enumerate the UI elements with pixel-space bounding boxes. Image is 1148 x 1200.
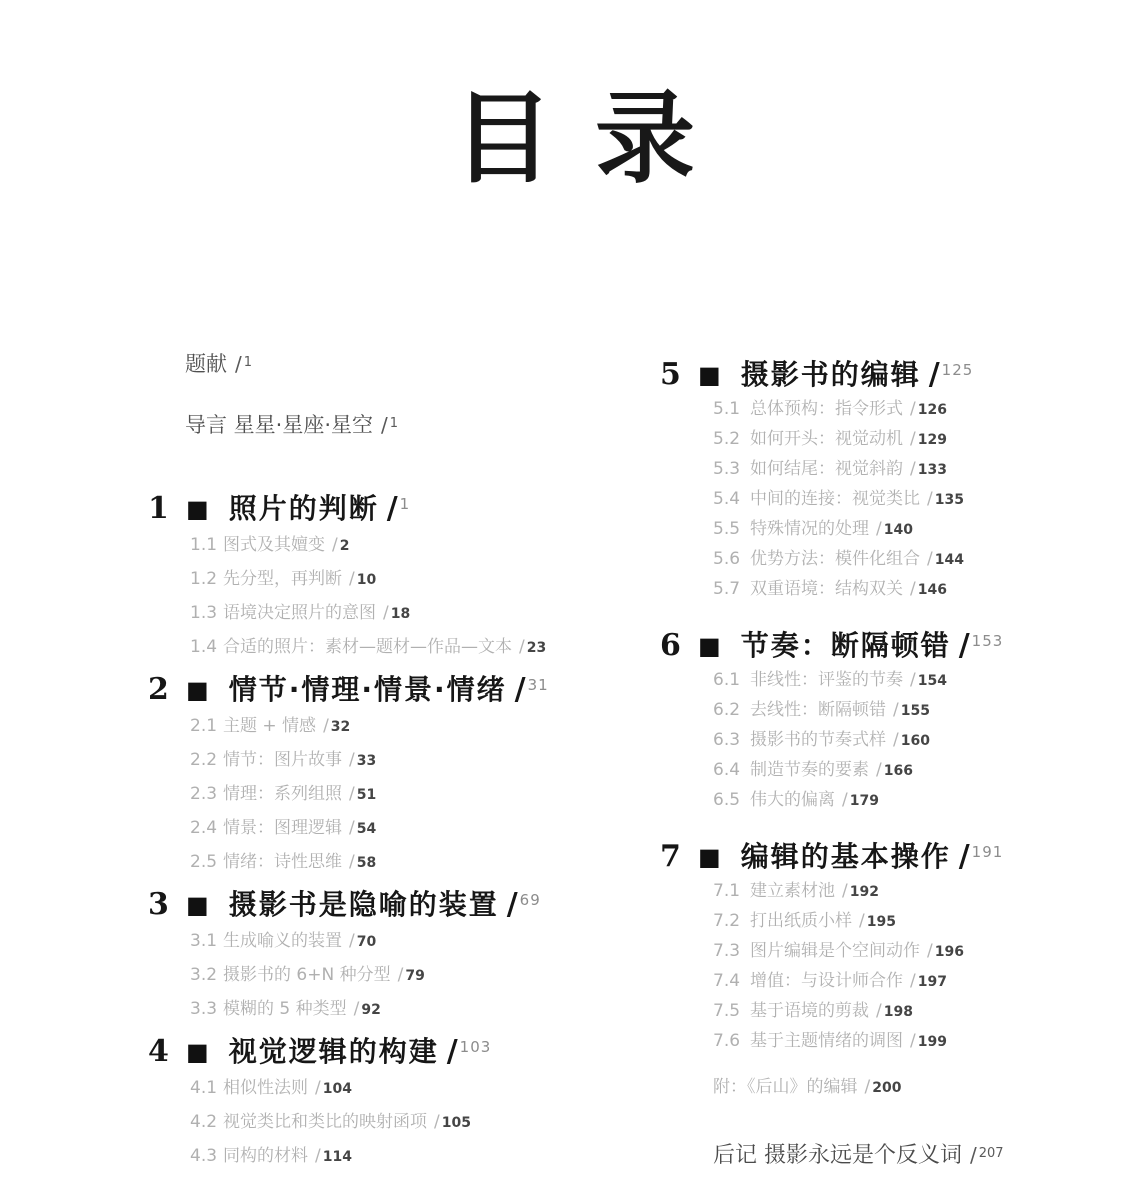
section-row: 6.2去线性：断隔顿错/155: [660, 696, 1148, 726]
black-square-icon: ■: [698, 843, 721, 871]
afterword-row: 后记 摄影永远是个反义词/207: [660, 1139, 1148, 1171]
slash-separator: /: [970, 1143, 977, 1167]
chapter-number: 2: [148, 670, 186, 710]
section-row: 1.2先分型，再判断/10: [148, 563, 628, 597]
section-number: 3.2: [190, 959, 223, 992]
section-row: 7.3图片编辑是个空间动作/196: [660, 937, 1148, 967]
section-row: 6.5伟大的偏离/179: [660, 786, 1148, 816]
section-title: 同构的材料: [223, 1146, 308, 1166]
section-title: 情景：图理逻辑: [223, 818, 342, 838]
section-page-number: 79: [405, 968, 424, 984]
slash-separator: /: [349, 569, 355, 589]
chapter-page-number: 103: [460, 1038, 492, 1056]
page-number: 207: [979, 1146, 1004, 1161]
section-row: 5.6优势方法：模件化组合/144: [660, 545, 1148, 575]
section-number: 1.4: [190, 631, 223, 664]
section-page-number: 129: [918, 432, 947, 448]
chapter-title: 视觉逻辑的构建: [229, 1035, 439, 1068]
section-number: 2.1: [190, 710, 223, 743]
chapter-title: 节奏：断隔顿错: [741, 629, 951, 662]
section-page-number: 166: [884, 763, 913, 779]
page-title: 目录: [0, 84, 1148, 194]
section-title: 基于语境的剪裁: [750, 1001, 869, 1021]
slash-separator: /: [910, 399, 916, 419]
slash-separator: /: [349, 818, 355, 838]
slash-separator: /: [910, 429, 916, 449]
page-number: 1: [244, 355, 252, 370]
section-number: 7.2: [713, 907, 750, 936]
section-page-number: 33: [357, 753, 376, 769]
section-number: 2.5: [190, 846, 223, 879]
section-title: 生成喻义的装置: [223, 931, 342, 951]
section-row: 7.4增值：与设计师合作/197: [660, 967, 1148, 997]
chapter-block: 4■视觉逻辑的构建/1034.1相似性法则/1044.2视觉类比和类比的映射函项…: [148, 1027, 628, 1174]
section-title: 特殊情况的处理: [750, 519, 869, 539]
slash-separator: /: [519, 637, 525, 657]
toc-right-column: 5■摄影书的编辑/1255.1总体预构：指令形式/1265.2如何开头：视觉动机…: [660, 350, 1148, 1171]
section-number: 2.2: [190, 744, 223, 777]
section-title: 图式及其嬗变: [223, 535, 325, 555]
front-matter-label: 导言 星星·星座·星空: [185, 413, 373, 437]
section-page-number: 199: [918, 1034, 947, 1050]
slash-separator: /: [387, 491, 398, 526]
section-page-number: 104: [323, 1081, 352, 1097]
slash-separator: /: [893, 700, 899, 720]
section-number: 1.2: [190, 563, 223, 596]
black-square-icon: ■: [186, 891, 209, 919]
chapter-number: 5: [660, 355, 698, 395]
section-page-number: 154: [918, 673, 947, 689]
slash-separator: /: [927, 549, 933, 569]
section-page-number: 198: [884, 1004, 913, 1020]
front-matter-row: 题献/1: [148, 350, 628, 377]
section-number: 6.5: [713, 786, 750, 815]
section-title: 情理：系列组照: [223, 784, 342, 804]
toc-page: 目录 题献/1导言 星星·星座·星空/11■照片的判断/11.1图式及其嬗变/2…: [0, 0, 1148, 1200]
section-row: 5.4中间的连接：视觉类比/135: [660, 485, 1148, 515]
section-title: 打出纸质小样: [750, 911, 852, 931]
section-title: 伟大的偏离: [750, 790, 835, 810]
slash-separator: /: [910, 670, 916, 690]
chapter-number: 7: [660, 837, 698, 877]
chapter-block: 6■节奏：断隔顿错/1536.1非线性：评鉴的节奏/1546.2去线性：断隔顿错…: [660, 621, 1148, 816]
slash-separator: /: [876, 1001, 882, 1021]
chapter-number: 4: [148, 1032, 186, 1072]
section-row: 3.1生成喻义的装置/70: [148, 925, 628, 959]
chapter-page-number: 191: [972, 843, 1004, 861]
chapter-page-number: 1: [400, 495, 411, 513]
black-square-icon: ■: [698, 632, 721, 660]
section-page-number: 155: [901, 703, 930, 719]
section-row: 7.5基于语境的剪裁/198: [660, 997, 1148, 1027]
section-row: 6.3摄影书的节奏式样/160: [660, 726, 1148, 756]
page-number: 1: [390, 416, 398, 431]
chapter-number: 1: [148, 489, 186, 529]
section-number: 4.3: [190, 1140, 223, 1173]
section-page-number: 197: [918, 974, 947, 990]
section-number: 5.2: [713, 425, 750, 454]
section-number: 5.5: [713, 515, 750, 544]
section-page-number: 18: [391, 606, 410, 622]
section-number: 7.6: [713, 1027, 750, 1056]
section-number: 4.2: [190, 1106, 223, 1139]
section-title: 如何结尾：视觉斜韵: [750, 459, 903, 479]
black-square-icon: ■: [186, 1038, 209, 1066]
section-page-number: 160: [901, 733, 930, 749]
section-row: 4.1相似性法则/104: [148, 1072, 628, 1106]
slash-separator: /: [959, 839, 970, 874]
section-page-number: 144: [935, 552, 964, 568]
section-row: 6.1非线性：评鉴的节奏/154: [660, 666, 1148, 696]
section-title: 摄影书的 6+N 种分型: [223, 965, 391, 985]
section-page-number: 2: [340, 538, 350, 554]
slash-separator: /: [354, 999, 360, 1019]
section-number: 7.4: [713, 967, 750, 996]
slash-separator: /: [927, 489, 933, 509]
section-title: 主题 + 情感: [223, 716, 316, 736]
chapter-heading: 1■照片的判断/1: [148, 484, 628, 529]
section-page-number: 126: [918, 402, 947, 418]
slash-separator: /: [398, 965, 404, 985]
section-title: 情绪：诗性思维: [223, 852, 342, 872]
section-page-number: 196: [935, 944, 964, 960]
slash-separator: /: [507, 887, 518, 922]
section-row: 5.7双重语境：结构双关/146: [660, 575, 1148, 605]
appendix-row: 附：《后山》的编辑/200: [660, 1073, 1148, 1103]
section-row: 5.3如何结尾：视觉斜韵/133: [660, 455, 1148, 485]
slash-separator: /: [893, 730, 899, 750]
section-row: 2.5情绪：诗性思维/58: [148, 846, 628, 880]
section-row: 3.2摄影书的 6+N 种分型/79: [148, 959, 628, 993]
section-page-number: 10: [357, 572, 376, 588]
section-row: 2.3情理：系列组照/51: [148, 778, 628, 812]
slash-separator: /: [383, 603, 389, 623]
section-number: 3.1: [190, 925, 223, 958]
section-page-number: 195: [867, 914, 896, 930]
section-page-number: 70: [357, 934, 376, 950]
section-number: 3.3: [190, 993, 223, 1026]
chapter-block: 2■情节·情理·情景·情绪/312.1主题 + 情感/322.2情节：图片故事/…: [148, 665, 628, 880]
slash-separator: /: [865, 1077, 871, 1097]
section-row: 7.6基于主题情绪的调图/199: [660, 1027, 1148, 1057]
slash-separator: /: [349, 931, 355, 951]
slash-separator: /: [910, 971, 916, 991]
section-title: 语境决定照片的意图: [223, 603, 376, 623]
section-page-number: 133: [918, 462, 947, 478]
chapter-block: 3■摄影书是隐喻的装置/693.1生成喻义的装置/703.2摄影书的 6+N 种…: [148, 880, 628, 1027]
section-row: 2.2情节：图片故事/33: [148, 744, 628, 778]
chapter-heading: 2■情节·情理·情景·情绪/31: [148, 665, 628, 710]
slash-separator: /: [323, 716, 329, 736]
section-title: 双重语境：结构双关: [750, 579, 903, 599]
page-number: 200: [872, 1080, 901, 1096]
section-number: 5.3: [713, 455, 750, 484]
section-row: 4.2视觉类比和类比的映射函项/105: [148, 1106, 628, 1140]
section-title: 基于主题情绪的调图: [750, 1031, 903, 1051]
front-matter-label: 题献: [185, 352, 227, 376]
slash-separator: /: [434, 1112, 440, 1132]
section-number: 5.1: [713, 395, 750, 424]
section-title: 非线性：评鉴的节奏: [750, 670, 903, 690]
section-title: 视觉类比和类比的映射函项: [223, 1112, 427, 1132]
slash-separator: /: [910, 579, 916, 599]
chapter-title: 编辑的基本操作: [741, 840, 951, 873]
section-page-number: 105: [442, 1115, 471, 1131]
section-title: 中间的连接：视觉类比: [750, 489, 920, 509]
section-title: 优势方法：模件化组合: [750, 549, 920, 569]
front-matter-row: 导言 星星·星座·星空/1: [148, 411, 628, 438]
section-row: 1.1图式及其嬗变/2: [148, 529, 628, 563]
black-square-icon: ■: [186, 676, 209, 704]
chapter-heading: 3■摄影书是隐喻的装置/69: [148, 880, 628, 925]
chapter-page-number: 153: [972, 632, 1004, 650]
black-square-icon: ■: [698, 361, 721, 389]
appendix-label: 附：《后山》的编辑: [713, 1077, 858, 1097]
section-number: 1.3: [190, 597, 223, 630]
section-row: 2.4情景：图理逻辑/54: [148, 812, 628, 846]
section-number: 5.7: [713, 575, 750, 604]
slash-separator: /: [959, 628, 970, 663]
slash-separator: /: [235, 352, 242, 376]
chapter-title: 情节·情理·情景·情绪: [229, 673, 507, 706]
chapter-page-number: 69: [520, 891, 541, 909]
section-title: 先分型，再判断: [223, 569, 342, 589]
section-title: 情节：图片故事: [223, 750, 342, 770]
section-number: 7.5: [713, 997, 750, 1026]
section-number: 2.3: [190, 778, 223, 811]
chapter-block: 7■编辑的基本操作/1917.1建立素材池/1927.2打出纸质小样/1957.…: [660, 832, 1148, 1057]
section-number: 7.3: [713, 937, 750, 966]
section-number: 6.4: [713, 756, 750, 785]
slash-separator: /: [332, 535, 338, 555]
section-row: 5.1总体预构：指令形式/126: [660, 395, 1148, 425]
section-row: 7.2打出纸质小样/195: [660, 907, 1148, 937]
section-row: 1.4合适的照片：素材—题材—作品—文本/23: [148, 631, 628, 665]
section-title: 合适的照片：素材—题材—作品—文本: [223, 637, 512, 657]
section-row: 7.1建立素材池/192: [660, 877, 1148, 907]
slash-separator: /: [447, 1034, 458, 1069]
slash-separator: /: [842, 790, 848, 810]
section-number: 7.1: [713, 877, 750, 906]
section-page-number: 140: [884, 522, 913, 538]
slash-separator: /: [315, 1078, 321, 1098]
section-number: 6.3: [713, 726, 750, 755]
slash-separator: /: [842, 881, 848, 901]
slash-separator: /: [876, 519, 882, 539]
chapter-block: 5■摄影书的编辑/1255.1总体预构：指令形式/1265.2如何开头：视觉动机…: [660, 350, 1148, 605]
afterword-label: 后记 摄影永远是个反义词: [713, 1143, 962, 1168]
section-number: 6.2: [713, 696, 750, 725]
slash-separator: /: [315, 1146, 321, 1166]
slash-separator: /: [515, 672, 526, 707]
section-title: 如何开头：视觉动机: [750, 429, 903, 449]
section-row: 6.4制造节奏的要素/166: [660, 756, 1148, 786]
section-title: 制造节奏的要素: [750, 760, 869, 780]
section-title: 总体预构：指令形式: [750, 399, 903, 419]
section-page-number: 135: [935, 492, 964, 508]
chapter-heading: 4■视觉逻辑的构建/103: [148, 1027, 628, 1072]
section-title: 建立素材池: [750, 881, 835, 901]
section-row: 5.5特殊情况的处理/140: [660, 515, 1148, 545]
section-row: 3.3模糊的 5 种类型/92: [148, 993, 628, 1027]
slash-separator: /: [910, 1031, 916, 1051]
section-row: 4.3同构的材料/114: [148, 1140, 628, 1174]
section-title: 摄影书的节奏式样: [750, 730, 886, 750]
chapter-title: 摄影书的编辑: [741, 358, 921, 391]
chapter-block: 1■照片的判断/11.1图式及其嬗变/21.2先分型，再判断/101.3语境决定…: [148, 484, 628, 665]
section-number: 1.1: [190, 529, 223, 562]
section-page-number: 114: [323, 1149, 352, 1165]
slash-separator: /: [929, 357, 940, 392]
section-number: 5.6: [713, 545, 750, 574]
slash-separator: /: [349, 784, 355, 804]
slash-separator: /: [876, 760, 882, 780]
toc-left-column: 题献/1导言 星星·星座·星空/11■照片的判断/11.1图式及其嬗变/21.2…: [148, 350, 628, 1174]
chapter-number: 6: [660, 626, 698, 666]
section-title: 模糊的 5 种类型: [223, 999, 347, 1019]
slash-separator: /: [927, 941, 933, 961]
section-row: 5.2如何开头：视觉动机/129: [660, 425, 1148, 455]
slash-separator: /: [859, 911, 865, 931]
slash-separator: /: [910, 459, 916, 479]
section-number: 6.1: [713, 666, 750, 695]
section-number: 2.4: [190, 812, 223, 845]
section-page-number: 32: [331, 719, 350, 735]
chapter-heading: 5■摄影书的编辑/125: [660, 350, 1148, 395]
section-row: 2.1主题 + 情感/32: [148, 710, 628, 744]
section-page-number: 146: [918, 582, 947, 598]
slash-separator: /: [349, 750, 355, 770]
section-number: 4.1: [190, 1072, 223, 1105]
section-title: 增值：与设计师合作: [750, 971, 903, 991]
black-square-icon: ■: [186, 495, 209, 523]
section-page-number: 54: [357, 821, 376, 837]
chapter-title: 照片的判断: [229, 492, 379, 525]
chapter-title: 摄影书是隐喻的装置: [229, 888, 499, 921]
chapter-page-number: 125: [942, 361, 974, 379]
section-page-number: 179: [850, 793, 879, 809]
section-title: 去线性：断隔顿错: [750, 700, 886, 720]
slash-separator: /: [349, 852, 355, 872]
section-page-number: 58: [357, 855, 376, 871]
section-page-number: 23: [527, 640, 546, 656]
section-row: 1.3语境决定照片的意图/18: [148, 597, 628, 631]
section-title: 相似性法则: [223, 1078, 308, 1098]
section-title: 图片编辑是个空间动作: [750, 941, 920, 961]
chapter-heading: 6■节奏：断隔顿错/153: [660, 621, 1148, 666]
chapter-number: 3: [148, 885, 186, 925]
section-page-number: 51: [357, 787, 376, 803]
chapter-page-number: 31: [528, 676, 549, 694]
section-number: 5.4: [713, 485, 750, 514]
section-page-number: 192: [850, 884, 879, 900]
section-page-number: 92: [361, 1002, 380, 1018]
chapter-heading: 7■编辑的基本操作/191: [660, 832, 1148, 877]
slash-separator: /: [381, 413, 388, 437]
